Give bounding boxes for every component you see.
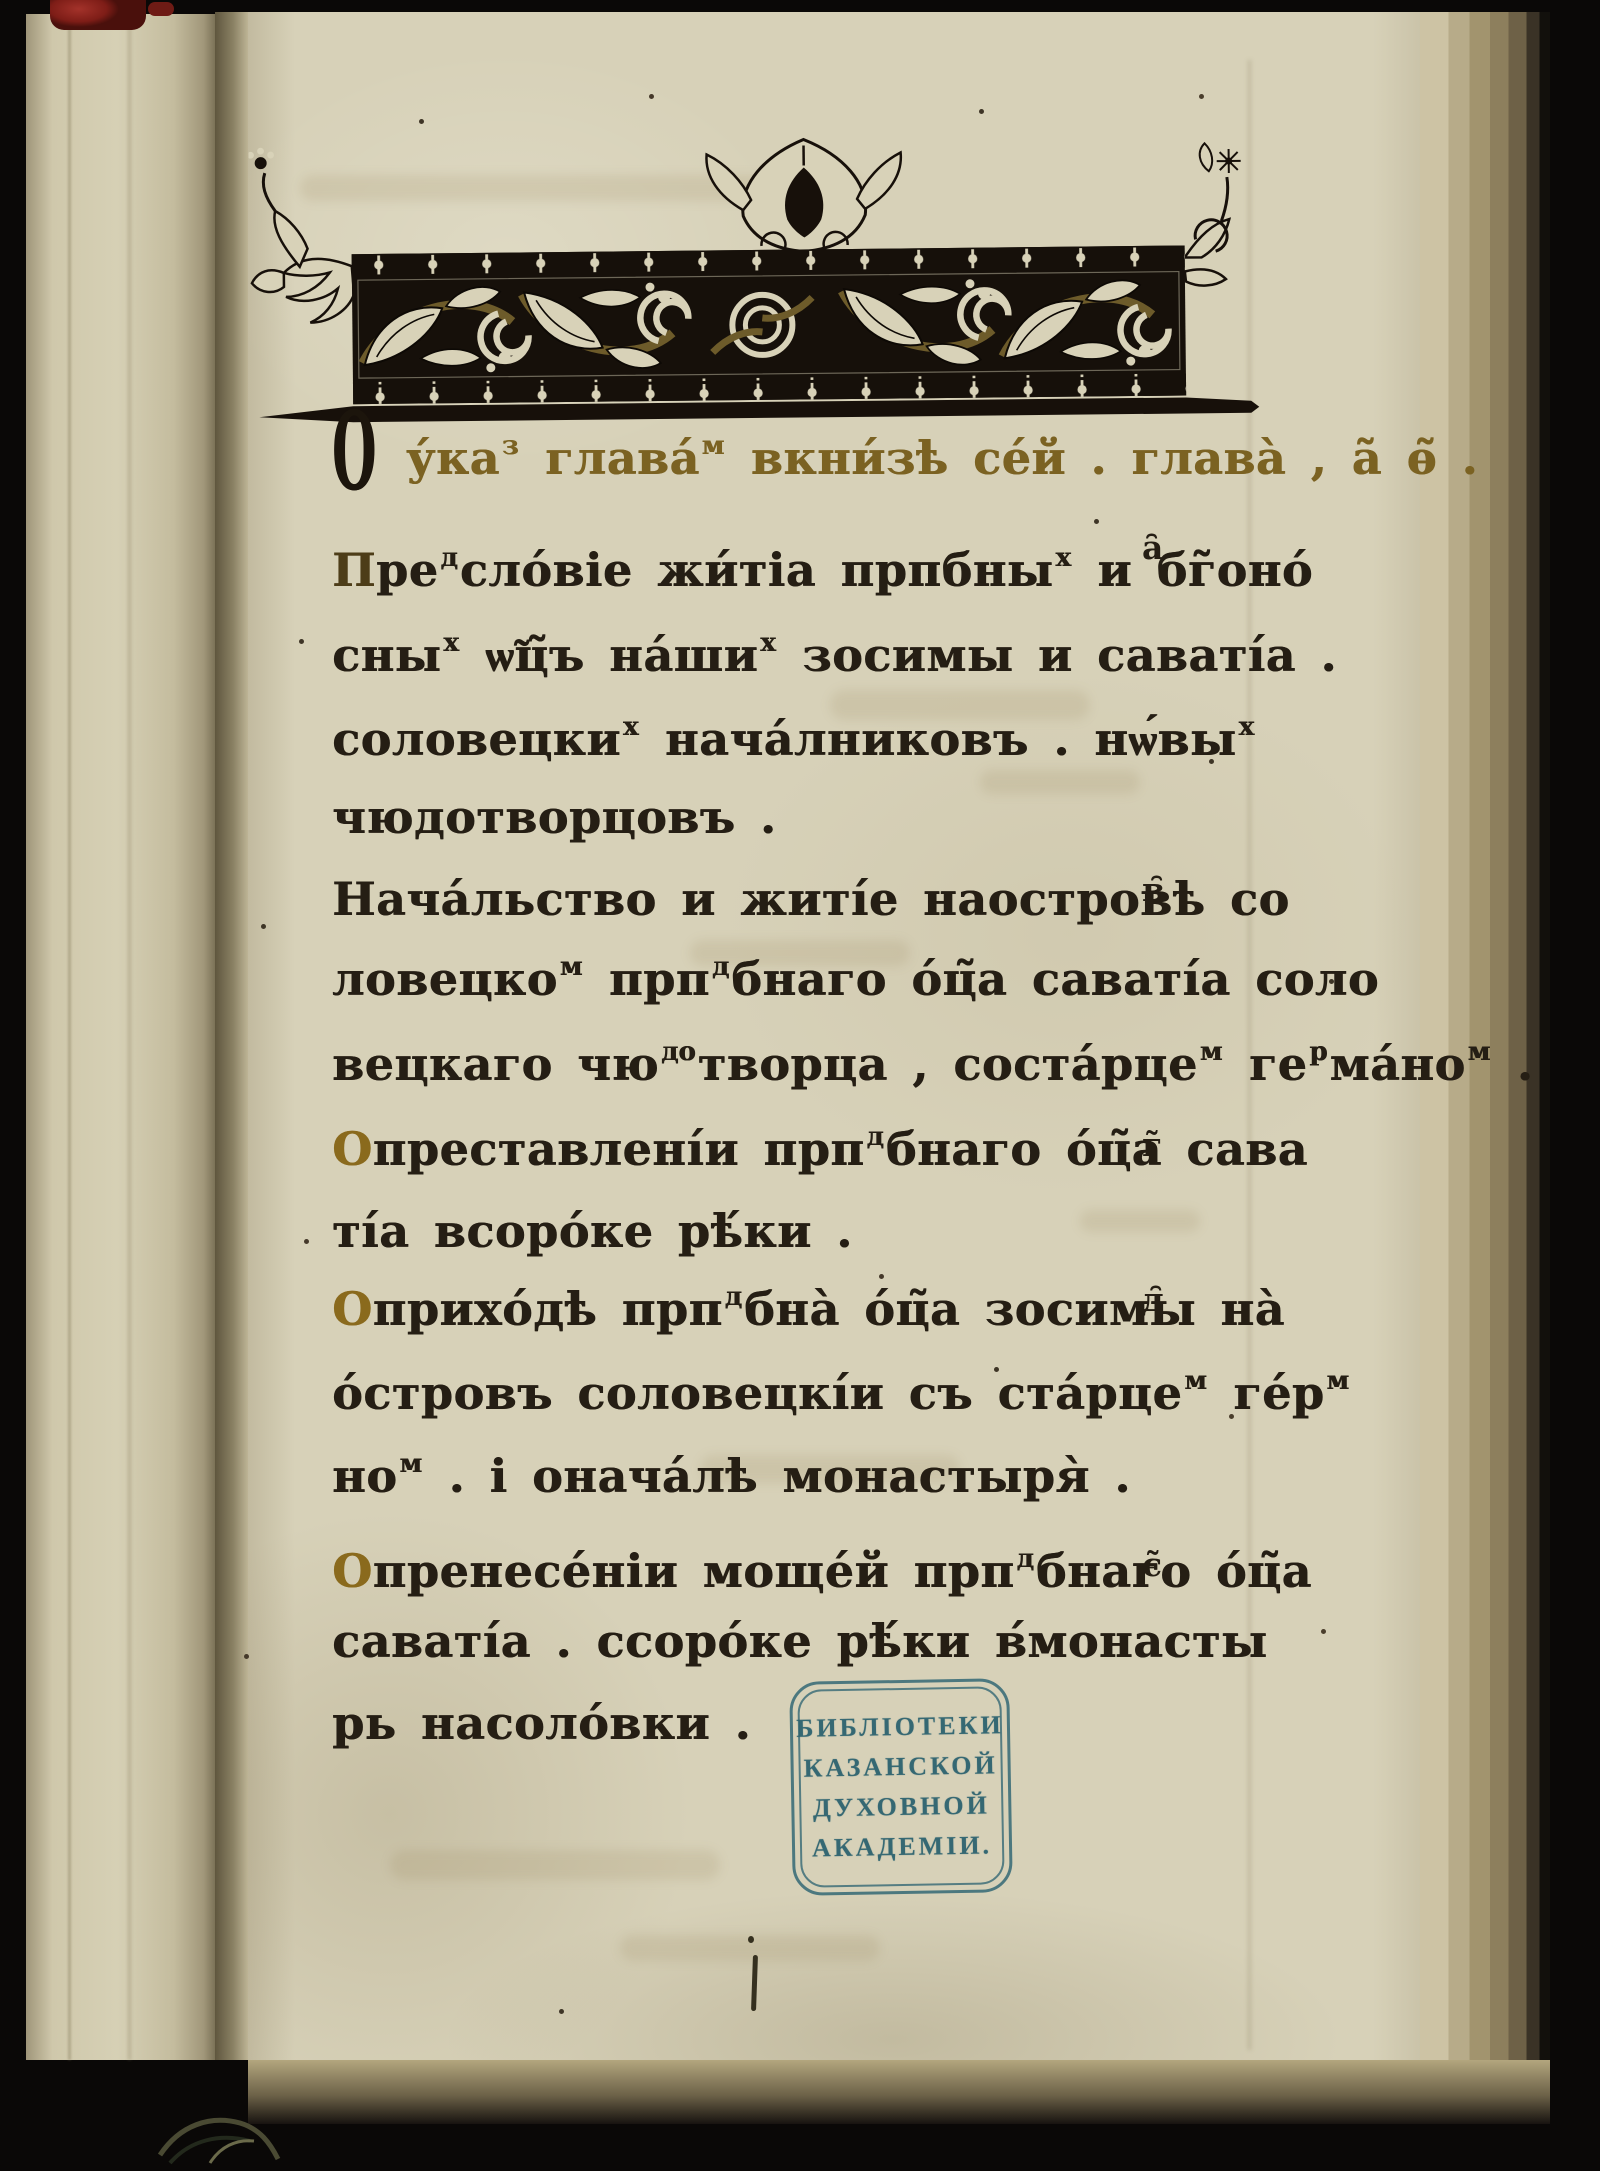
binding-threads — [150, 2085, 290, 2165]
superscript-letter: х — [758, 628, 778, 658]
text-segment: бнаго о́ц̃а сава — [886, 1122, 1308, 1176]
show-through-smudge — [1080, 1210, 1200, 1232]
left-finial — [248, 147, 354, 323]
ink-specks — [0, 0, 3, 3]
text-segment: и бг̃оно́ — [1073, 543, 1313, 597]
text-segment: но — [332, 1449, 397, 1503]
text-segment: бна̀ о́ц̃а зосимы на̀ — [744, 1282, 1285, 1336]
page-bottom-edge — [248, 2060, 1550, 2124]
index-entry-line: вецкаго чюдотворца , соста́рцем герма́но… — [332, 1037, 1533, 1091]
text-segment: соловецки — [332, 712, 621, 766]
chapter-number-margin: є̃ — [1142, 1545, 1162, 1584]
superscript-letter: д — [710, 952, 731, 982]
red-headband — [50, 0, 146, 30]
stamp-text: БИБЛІОТЕКИ — [796, 1705, 1004, 1749]
text-segment: бнаго о́ц̃а саваті́а соло — [731, 952, 1379, 1006]
text-segment: творца , соста́рце — [698, 1037, 1198, 1091]
headpiece-ornament — [248, 125, 1261, 451]
index-entry-line: саваті́а . ссоро́ке рѣ́ки в́монасты — [332, 1614, 1268, 1668]
superscript-letter: р — [1307, 1037, 1329, 1067]
line-initial: П — [332, 543, 376, 597]
text-segment: глава́ — [520, 431, 699, 485]
red-headband — [148, 2, 174, 16]
chapter-number-margin: г̃ — [1142, 1125, 1162, 1164]
text-segment: ге́р — [1209, 1366, 1325, 1420]
text-segment: вецкаго чю — [332, 1037, 659, 1091]
text-segment: ге — [1224, 1037, 1307, 1091]
superscript-letter: х — [441, 628, 461, 658]
index-entry-line: ті́а всоро́ке рѣ́ки . — [332, 1204, 853, 1258]
text-segment: рь насоло́вки . — [332, 1696, 751, 1750]
superscript-letter: д — [1014, 1544, 1035, 1574]
superscript-letter: м — [397, 1449, 424, 1479]
index-entry-line: о́стровъ соловецкі́и съ ста́рцем ге́рм — [332, 1366, 1351, 1420]
index-entry-line: соловецких нача́лниковъ . нѡ́вых — [332, 712, 1256, 766]
manuscript-photo: Оу́каз глава́м вкни́зѣ се́й . глава̀ , а… — [0, 0, 1600, 2171]
show-through-smudge — [980, 770, 1140, 794]
text-segment: прихо́дѣ прп — [373, 1282, 723, 1336]
text-segment: сны — [332, 628, 441, 682]
index-entry-line: сных ѡ̃ц̃ъ на́ших зосимы и саваті́а . — [332, 628, 1337, 682]
superscript-letter: д — [438, 543, 459, 573]
text-segment: ловецко — [332, 952, 558, 1006]
line-initial: О — [332, 1122, 373, 1176]
superscript-letter: м — [1182, 1366, 1209, 1396]
text-segment: . і онача́лѣ монастыря̀ . — [424, 1449, 1131, 1503]
superscript-letter: м — [1324, 1366, 1351, 1396]
chapter-number-margin: а̑ — [1142, 528, 1163, 567]
show-through-smudge — [390, 1850, 720, 1880]
superscript-letter: м — [1466, 1037, 1493, 1067]
book-gutter-shadow — [215, 12, 248, 2060]
page-crease — [68, 14, 71, 2060]
superscript-letter: х — [621, 712, 641, 742]
superscript-letter: з — [500, 431, 521, 461]
stray-ink-mark — [748, 1936, 754, 1943]
text-segment: нача́лниковъ . нѡ́вы — [640, 712, 1236, 766]
line-initial: О — [332, 1544, 373, 1598]
index-entry-line: Опренесе́ніи моще́й прпдбнаго о́ц̃а — [332, 1544, 1312, 1598]
text-segment: ѡ̃ц̃ъ на́ши — [461, 628, 758, 682]
text-segment: . — [1492, 1037, 1533, 1091]
text-segment: саваті́а . ссоро́ке рѣ́ки в́монасты — [332, 1614, 1268, 1668]
text-segment: у́ка — [406, 431, 500, 485]
text-segment: вкни́зѣ се́й . — [726, 431, 1107, 485]
text-segment: бнаго о́ц̃а — [1036, 1544, 1312, 1598]
index-entry-line: ном . і онача́лѣ монастыря̀ . — [332, 1449, 1131, 1503]
stamp-text: ДУХОВНОЙ — [813, 1785, 991, 1828]
superscript-letter: м — [558, 952, 585, 982]
index-entry-line: чюдотворцовъ . — [332, 790, 776, 844]
index-heading: Оу́каз глава́м вкни́зѣ се́й . глава̀ , а… — [332, 418, 1478, 485]
superscript-letter: до — [659, 1037, 698, 1067]
superscript-letter: д — [723, 1282, 744, 1312]
text-segment: чюдотворцовъ . — [332, 790, 776, 844]
right-finial — [1184, 143, 1242, 286]
text-segment: прп — [584, 952, 710, 1006]
text-segment: зосимы и саваті́а . — [778, 628, 1337, 682]
chapter-number-margin: д̑ — [1142, 1280, 1164, 1319]
index-entry-line: ловецком прпдбнаго о́ц̃а саваті́а соло — [332, 952, 1379, 1006]
text-segment: глава̀ , а̃ ѳ̃ . — [1107, 431, 1478, 485]
text-segment: сло́віе жи́тіа прпбны — [460, 543, 1054, 597]
line-initial: О — [332, 1282, 373, 1336]
chapter-number-margin: в̑ — [1142, 870, 1165, 909]
text-segment: пренесе́ніи моще́й прп — [373, 1544, 1015, 1598]
page-crease — [128, 14, 131, 2060]
library-stamp-inner-frame: БИБЛІОТЕКИ КАЗАНСКОЙ ДУХОВНОЙ АКАДЕМІИ. — [797, 1686, 1004, 1888]
superscript-letter: х — [1053, 543, 1073, 573]
superscript-letter: м — [1198, 1037, 1225, 1067]
stamp-text: АКАДЕМІИ. — [812, 1825, 993, 1868]
large-initial: О — [332, 427, 377, 478]
superscript-letter: д — [864, 1122, 885, 1152]
index-entry-line: рь насоло́вки . — [332, 1696, 751, 1750]
facing-page-edge — [26, 14, 215, 2060]
stamp-text: КАЗАНСКОЙ — [803, 1745, 998, 1788]
text-segment: преставлені́и прп — [373, 1122, 865, 1176]
index-entry-line: Предсло́віе жи́тіа прпбных и бг̃оно́ — [332, 543, 1313, 597]
text-segment: ре — [376, 543, 438, 597]
text-segment: ті́а всоро́ке рѣ́ки . — [332, 1204, 853, 1258]
text-segment: ма́но — [1329, 1037, 1465, 1091]
library-stamp: БИБЛІОТЕКИ КАЗАНСКОЙ ДУХОВНОЙ АКАДЕМІИ. — [789, 1678, 1013, 1896]
crest-palmette — [706, 138, 902, 256]
superscript-letter: х — [1236, 712, 1256, 742]
superscript-letter: м — [700, 431, 727, 461]
text-segment: о́стровъ соловецкі́и съ ста́рце — [332, 1366, 1182, 1420]
